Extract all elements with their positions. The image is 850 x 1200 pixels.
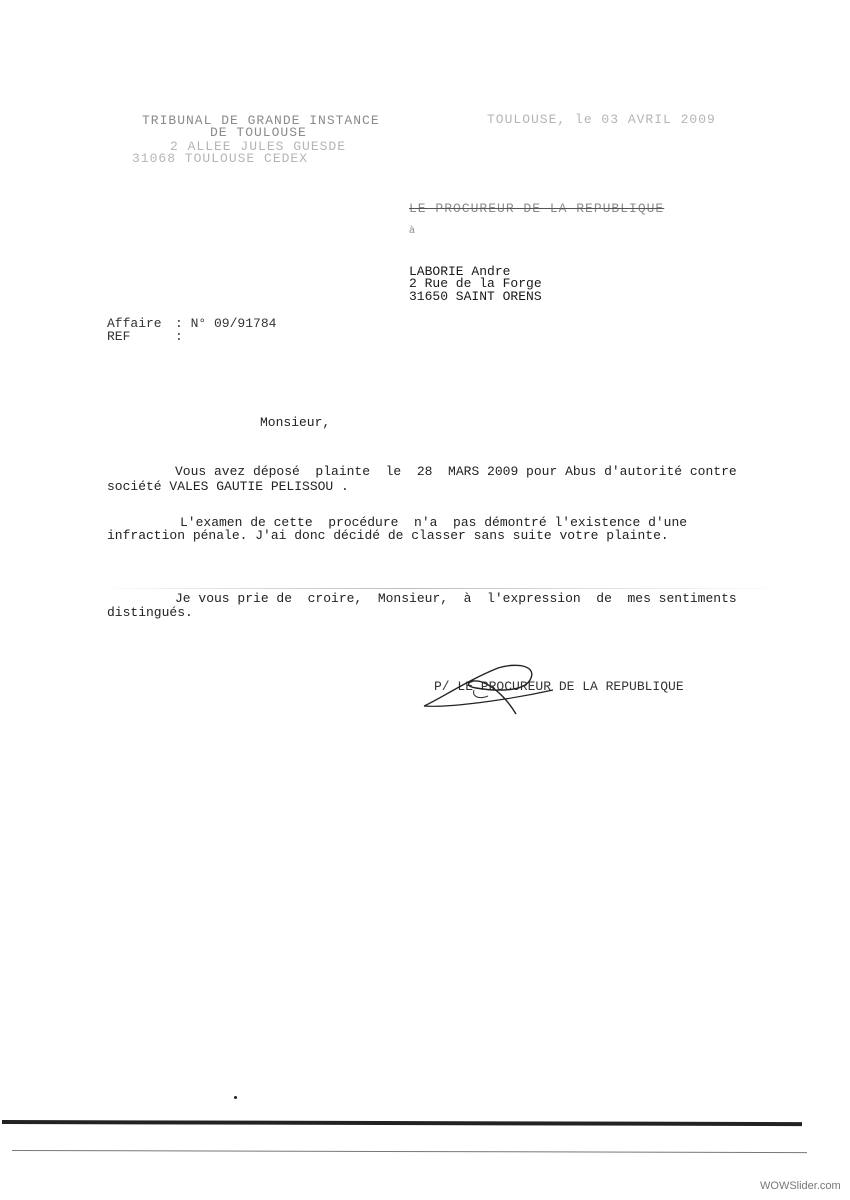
ref-value: : [175,330,183,343]
affaire-number: : N° 09/91784 [175,317,276,330]
paragraph1-line1: Vous avez déposé plainte le 28 MARS 2009… [175,465,737,479]
court-address-line2: 31068 TOULOUSE CEDEX [132,152,308,165]
closing-line2: distingués. [107,606,193,620]
bottom-rule-thin [12,1150,807,1153]
paragraph1-line2: société VALES GAUTIE PELISSOU . [107,480,349,494]
paragraph2-line2: infraction pénale. J'ai donc décidé de c… [107,529,669,543]
handwritten-signature-icon [418,660,558,720]
closing-line1: Je vous prie de croire, Monsieur, à l'ex… [175,592,737,606]
court-name-line2: DE TOULOUSE [210,126,307,139]
salutation: Monsieur, [260,416,330,430]
sender-title: LE PROCUREUR DE LA REPUBLIQUE [409,202,664,215]
ref-label: REF [107,330,130,343]
recipient-city: 31650 SAINT ORENS [409,290,542,303]
scan-dot [234,1096,237,1099]
date-line: TOULOUSE, le 03 AVRIL 2009 [487,113,716,126]
bottom-rule-thick [2,1120,802,1126]
watermark-text: WOWSlider.com [760,1180,841,1192]
sender-to: à [409,225,416,238]
scan-streak [100,588,790,589]
